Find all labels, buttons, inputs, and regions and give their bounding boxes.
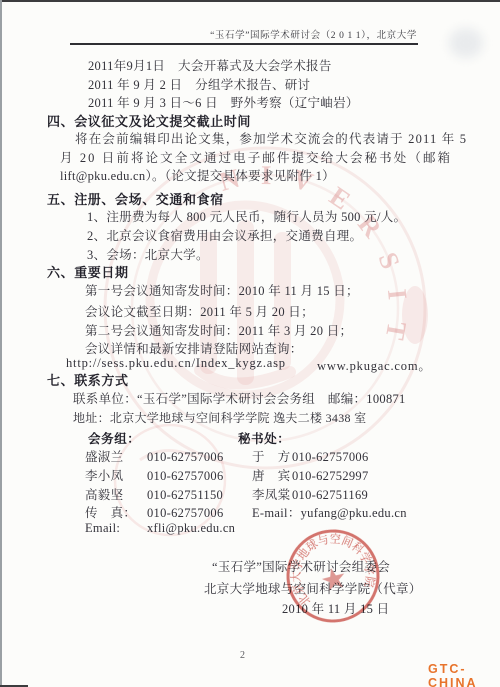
section6-heading: 六、重要日期 <box>47 262 129 281</box>
schedule-line-1: 2011年9月1日 大会开幕式及大会学术报告 <box>88 56 332 74</box>
contact-name: 高毅坚 <box>85 485 147 503</box>
contact-row: 传 真：010-62757006 <box>85 503 224 521</box>
contact-name: 于 方 <box>252 447 292 465</box>
section5-heading: 五、注册、会场、交通和食宿 <box>47 189 224 208</box>
contact-row: 盛淑兰010-62757006 <box>85 447 224 465</box>
section4-line-1: 将在会前编辑印出论文集，参加学术交流会的代表请于 2011 年 5 <box>75 129 467 147</box>
fax-number: 010-62757006 <box>147 506 224 520</box>
section6-item-1: 第一号会议通知寄发时间：2010 年 11 月 15 日； <box>85 281 359 299</box>
contact-phone: 010-62757006 <box>292 450 369 464</box>
working-group-title: 会务组： <box>88 429 140 447</box>
scanned-document-page: NIVERSIT “玉石学”国际学术研讨会（2 0 1 1），北京大学 2011… <box>0 0 500 687</box>
secretariat-title: 秘书处： <box>238 429 290 447</box>
contact-phone: 010-62757006 <box>147 450 224 464</box>
section4-line-2: 月 20 日前将论文全文通过电子邮件提交给大会秘书处（邮箱 <box>60 148 452 166</box>
section5-item-3: 3、会场：北京大学。 <box>87 245 209 263</box>
email-address: xfli@pku.edu.cn <box>147 521 235 535</box>
contact-phone: 010-62752997 <box>292 469 369 483</box>
email-label: E-mail： <box>252 503 301 521</box>
contact-row: 高毅坚010-62751150 <box>85 485 223 503</box>
contact-name: 唐 宾 <box>252 466 292 484</box>
brand-mark: GTC-CHINA <box>428 662 500 687</box>
email-address: yufang@pku.edu.cn <box>301 506 407 520</box>
section4-heading: 四、会议征文及论文提交截止时间 <box>47 111 251 130</box>
section4-line-3: lift@pku.edu.cn）。（论文提交具体要求见附件 1） <box>60 166 335 184</box>
signature-date: 2010 年 11 月 15 日 <box>282 599 389 617</box>
conference-url-2: www.pkugac.com。 <box>317 356 432 374</box>
contact-address-line: 地址：北京大学地球与空间科学学院 逸夫二楼 3438 室 <box>73 409 366 426</box>
contact-phone: 010-62751169 <box>292 488 368 502</box>
contact-name: 李小凤 <box>85 466 147 484</box>
signature-line-1: “玉石学”国际学术研讨会组委会 <box>212 557 390 575</box>
contact-row: 李小凤010-62757006 <box>85 466 224 484</box>
contact-row: Email:xfli@pku.edu.cn <box>85 521 235 536</box>
contact-row: 于 方010-62757006 <box>252 447 369 465</box>
email-label: Email: <box>85 521 147 536</box>
section6-item-3: 第二号会议通知寄发时间：2011 年 3 月 20 日； <box>85 321 352 339</box>
signature-line-2: 北京大学地球与空间科学学院（代章） <box>204 579 422 597</box>
running-header-title: “玉石学”国际学术研讨会（2 0 1 1），北京大学 <box>210 27 417 41</box>
scan-smudge <box>449 28 483 58</box>
contact-row: 唐 宾010-62752997 <box>252 466 369 484</box>
contact-row: E-mail：yufang@pku.edu.cn <box>252 503 407 521</box>
contact-row: 李凤棠010-62751169 <box>252 485 368 503</box>
section7-heading: 七、联系方式 <box>47 370 129 389</box>
contact-name: 盛淑兰 <box>85 447 147 465</box>
header-rule <box>70 43 418 45</box>
section6-item-4: 会议详情和最新安排请登陆网站查询： <box>85 339 303 357</box>
contact-name: 李凤棠 <box>252 485 292 503</box>
conference-url: http://sess.pku.edu.cn/Index_kygz.asp <box>66 356 286 371</box>
page-number: 2 <box>240 650 245 661</box>
contact-phone: 010-62757006 <box>147 469 224 483</box>
fax-label: 传 真： <box>85 503 147 521</box>
red-seal-stamp: 北京大学地球与空间科学学院 <box>266 509 399 642</box>
scan-edge-top <box>0 0 500 2</box>
schedule-line-2: 2011 年 9 月 2 日 分组学术报告、研讨 <box>88 75 310 93</box>
contact-phone: 010-62751150 <box>147 488 223 502</box>
section5-item-1: 1、注册费为每人 800 元人民币，随行人员为 500 元/人。 <box>87 207 406 225</box>
section5-item-2: 2、北京会议食宿费用由会议承担，交通费自理。 <box>87 226 362 244</box>
section6-item-2: 会议论文截至日期：2011 年 5 月 20 日； <box>85 302 314 320</box>
scan-edge-left <box>0 0 2 687</box>
contact-org-line: 联系单位：“玉石学”国际学术研讨会会务组 邮编：100871 <box>73 389 406 407</box>
schedule-line-3: 2011 年 9 月 3 日～6 日 野外考察（辽宁岫岩） <box>88 93 359 111</box>
